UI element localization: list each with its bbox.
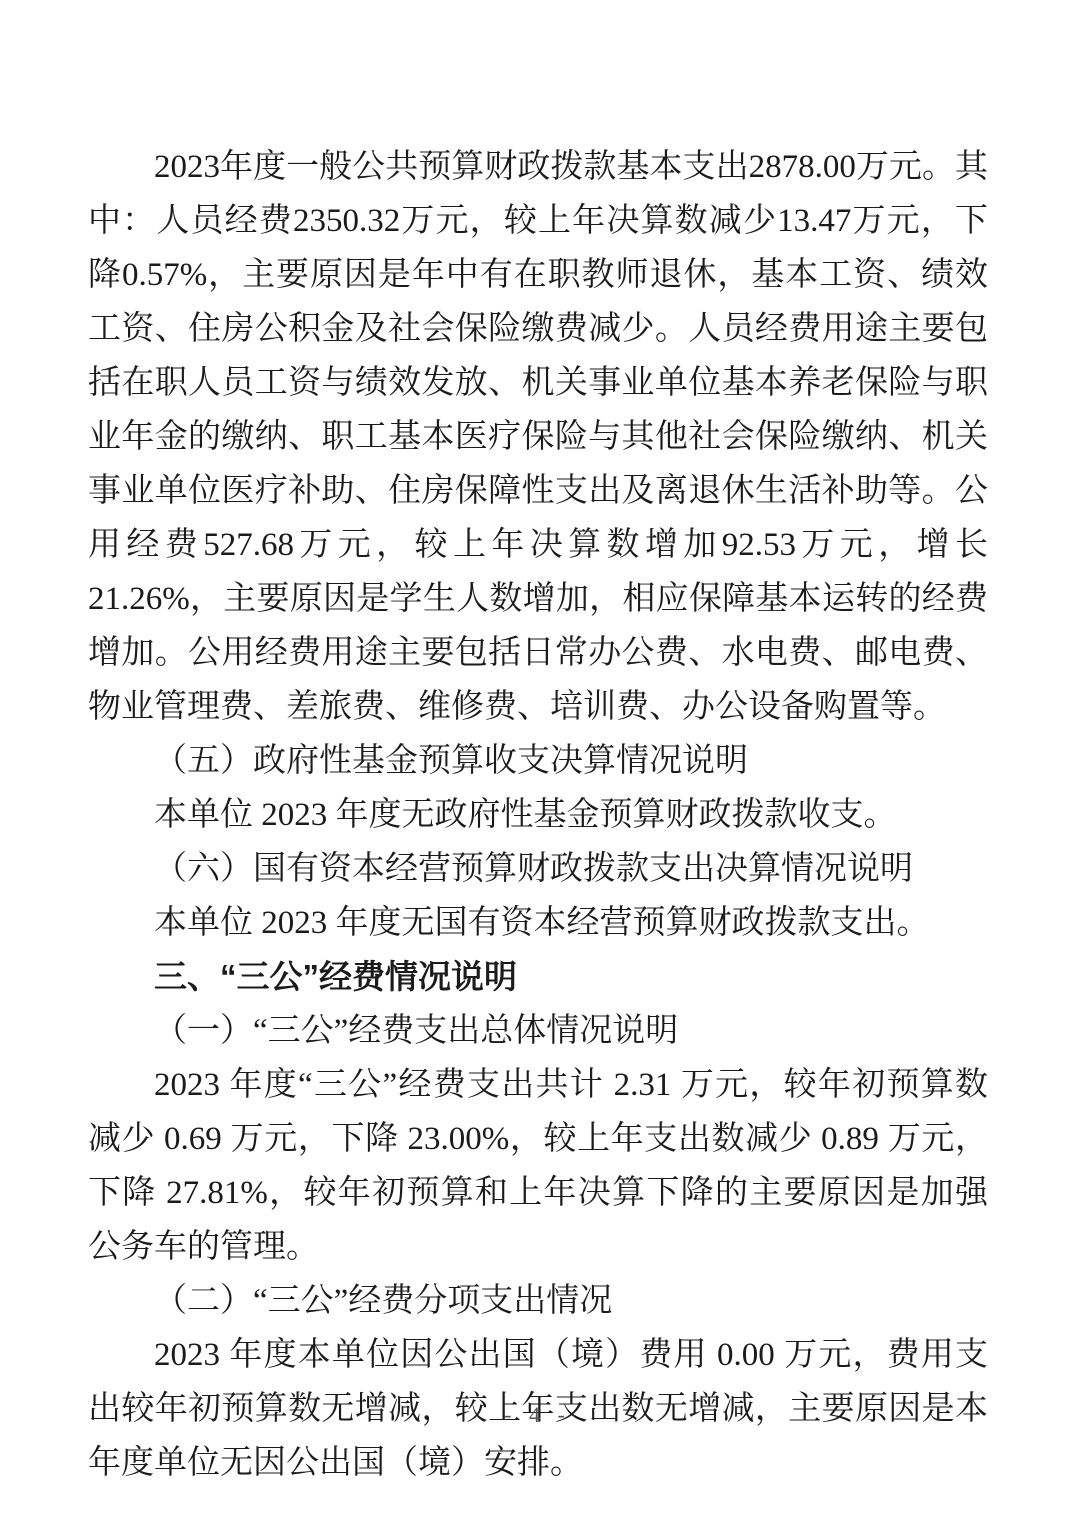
heading-sub-1-overall: （一）“三公”经费支出总体情况说明 [88,1004,988,1058]
document-body: 2023年度一般公共预算财政拨款基本支出2878.00万元。其中：人员经费235… [88,140,988,1490]
para-general-budget-basic-expenditure: 2023年度一般公共预算财政拨款基本支出2878.00万元。其中：人员经费235… [88,140,988,734]
heading-three-public-expenses: 三、“三公”经费情况说明 [88,950,988,1004]
page-number: - 4 - [0,1402,1075,1428]
heading-section-5-govt-fund: （五）政府性基金预算收支决算情况说明 [88,734,988,788]
para-three-public-total: 2023 年度“三公”经费支出共计 2.31 万元，较年初预算数减少 0.69 … [88,1058,988,1274]
document-page: 2023年度一般公共预算财政拨款基本支出2878.00万元。其中：人员经费235… [0,0,1075,1520]
heading-section-6-state-capital: （六）国有资本经营预算财政拨款支出决算情况说明 [88,842,988,896]
para-no-state-capital: 本单位 2023 年度无国有资本经营预算财政拨款支出。 [88,896,988,950]
para-no-govt-fund: 本单位 2023 年度无政府性基金预算财政拨款收支。 [88,788,988,842]
heading-sub-2-itemized: （二）“三公”经费分项支出情况 [88,1274,988,1328]
